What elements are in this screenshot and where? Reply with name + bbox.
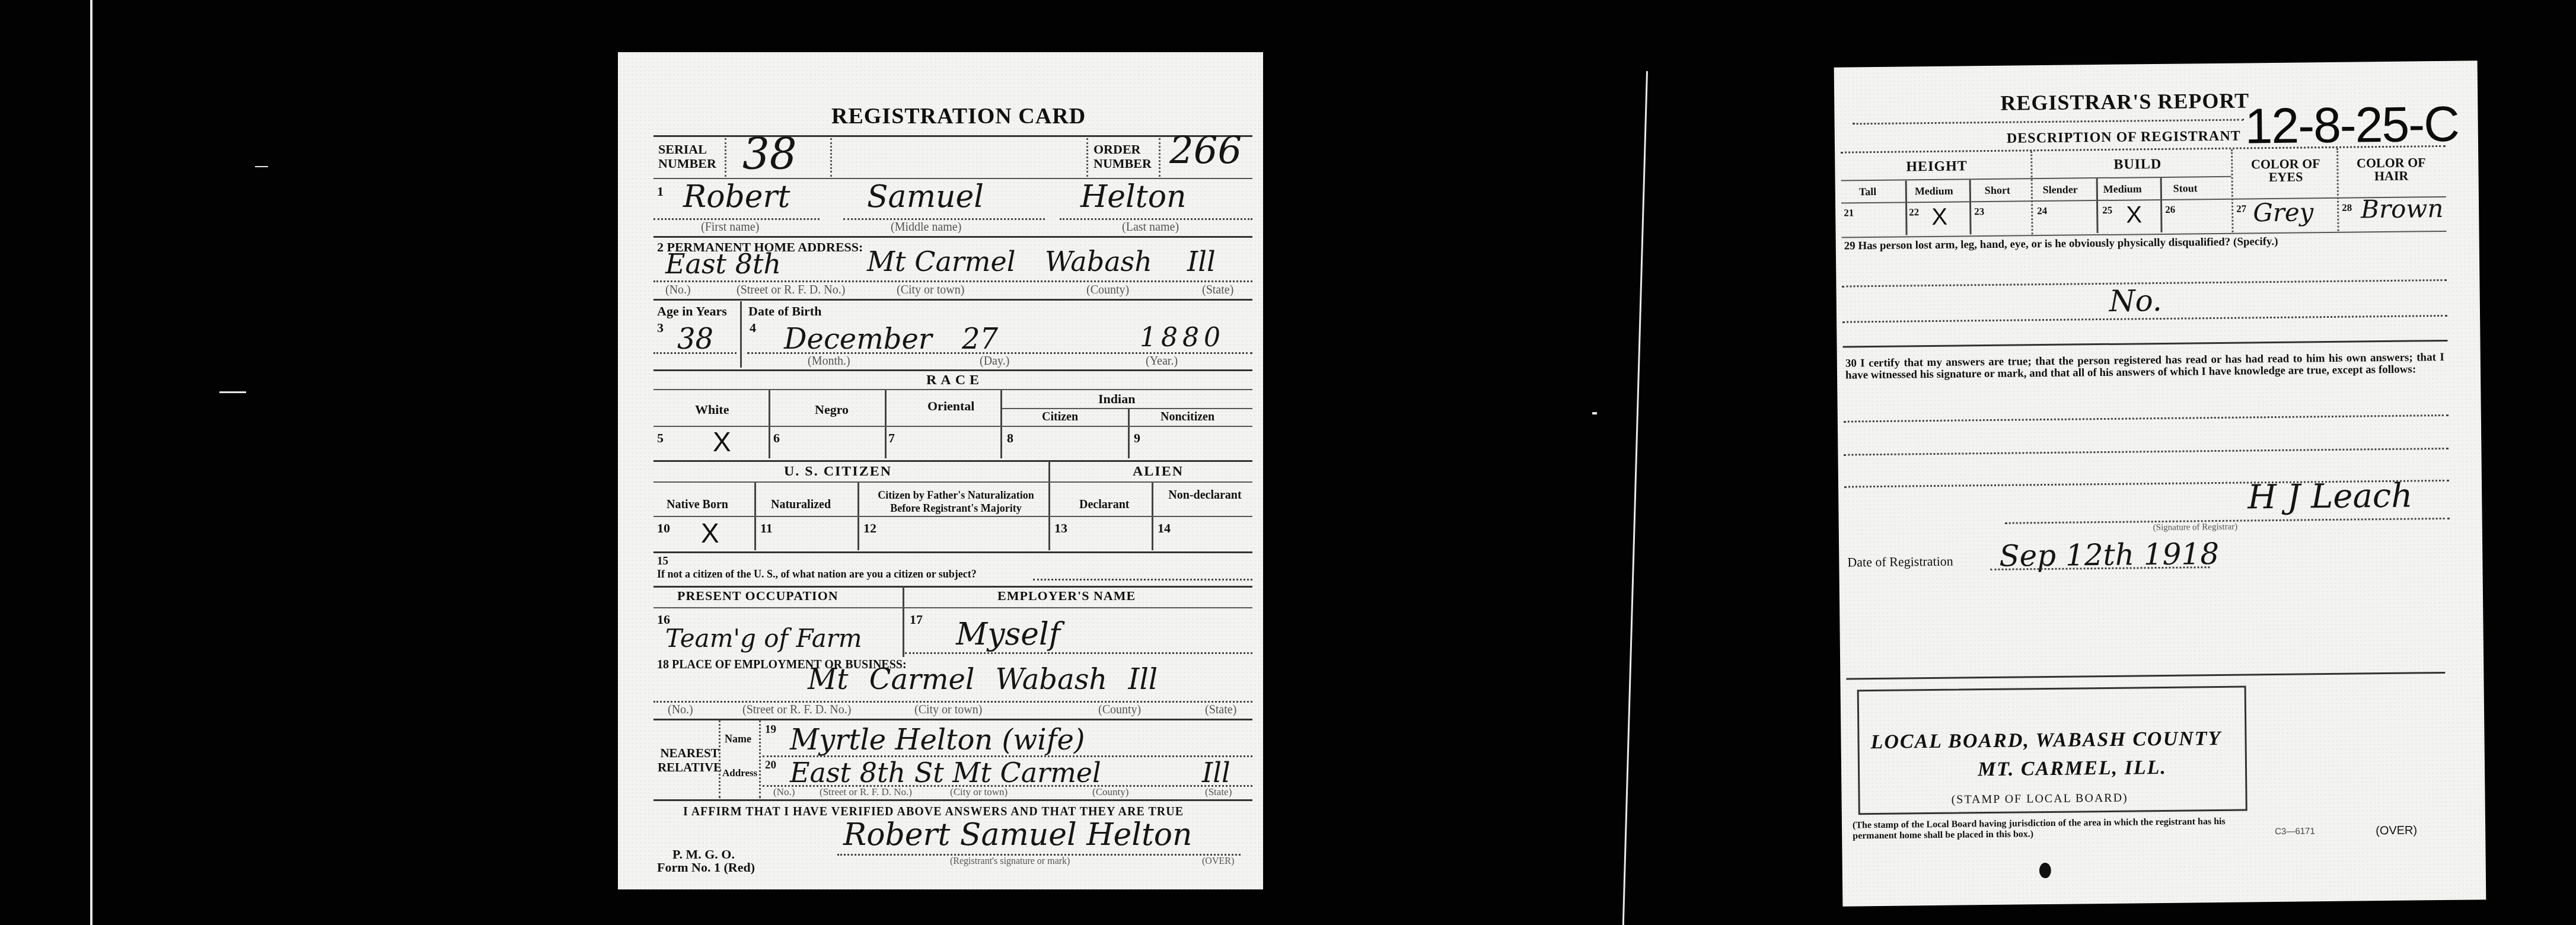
q30-certification: 30 I certify that my answers are true; t… — [1845, 352, 2444, 382]
divider — [1086, 138, 1088, 177]
film-scratch-line — [1622, 71, 1648, 925]
fill-line — [653, 701, 1252, 703]
native-born-checkmark: X — [701, 517, 719, 549]
date-of-registration-label: Date of Registration — [1847, 554, 1953, 570]
divider — [1000, 390, 1002, 458]
addr-caption-city: (City or town) — [914, 703, 982, 717]
rule — [653, 516, 1252, 517]
divider — [2030, 151, 2033, 234]
rule — [1843, 340, 2448, 348]
addr-caption-city: (City or town) — [950, 786, 1008, 798]
divider — [719, 720, 720, 798]
over-label: (OVER) — [1202, 856, 1234, 867]
non-declarant-label: Non-declarant — [1163, 489, 1246, 502]
rule — [1846, 672, 2445, 680]
fill-line — [1060, 218, 1252, 220]
race-heading: RACE — [926, 372, 983, 388]
divider — [2096, 178, 2099, 233]
eyes-heading: COLOR OF EYES — [2244, 157, 2327, 184]
fill-line — [905, 652, 1252, 654]
hair-color-value: Brown — [2361, 194, 2444, 224]
question-number: 4 — [750, 320, 756, 336]
question-number: 12 — [863, 521, 876, 536]
build-stout-label: Stout — [2173, 182, 2198, 194]
rule — [653, 460, 1252, 462]
divider — [769, 390, 770, 458]
middle-name-caption: (Middle name) — [891, 221, 961, 234]
question-number: 22 — [1909, 206, 1919, 218]
build-medium-checkmark: X — [2126, 202, 2142, 228]
race-indian-label: Indian — [1098, 391, 1135, 407]
us-citizen-heading: U. S. CITIZEN — [784, 464, 892, 480]
native-born-label: Native Born — [667, 498, 728, 512]
addr-caption-city: (City or town) — [897, 283, 964, 297]
rule — [1002, 408, 1252, 409]
fill-line — [1844, 448, 2449, 456]
rule — [653, 299, 1252, 301]
declarant-label: Declarant — [1079, 498, 1129, 512]
age-label: Age in Years — [657, 304, 727, 319]
question-number: 28 — [2342, 202, 2352, 214]
question-number: 24 — [2037, 205, 2047, 217]
stamp-line-2: MT. CARMEL, ILL. — [1978, 757, 2167, 781]
registrant-signature: Robert Samuel Helton — [843, 817, 1193, 853]
relative-name-label: Name — [725, 733, 751, 745]
addr-caption-street: (Street or R. F. D. No.) — [742, 703, 851, 717]
height-heading: HEIGHT — [1906, 158, 1968, 175]
rule — [653, 551, 1252, 553]
over-label: (OVER) — [2376, 824, 2417, 838]
middle-name-value: Samuel — [867, 179, 984, 215]
divider — [2231, 149, 2233, 232]
question-number: 8 — [1007, 430, 1013, 446]
divider — [1048, 461, 1050, 550]
order-number-label: ORDER NUMBER — [1093, 142, 1159, 171]
eye-color-value: Grey — [2253, 197, 2314, 227]
rule — [653, 236, 1252, 238]
question-number: 21 — [1844, 207, 1854, 219]
rule — [653, 719, 1252, 720]
height-medium-label: Medium — [1915, 185, 1953, 198]
dob-caption-day: (Day.) — [980, 355, 1009, 368]
punch-hole — [2039, 863, 2051, 878]
occupation-heading: PRESENT OCCUPATION — [677, 588, 839, 604]
home-county-value: Wabash — [1045, 245, 1152, 277]
relative-address-value: East 8th St Mt Carmel — [790, 757, 1101, 789]
age-value: 38 — [677, 323, 713, 356]
divider — [2160, 178, 2163, 232]
registrars-report-card: REGISTRAR'S REPORT 12-8-25-C DESCRIPTION… — [1834, 60, 2486, 906]
addr-caption-no: (No.) — [668, 703, 693, 717]
home-street-value: East 8th — [665, 248, 781, 280]
race-negro-label: Negro — [815, 402, 849, 417]
divider — [1905, 180, 1908, 235]
registrar-signature-caption: (Signature of Registrar) — [2153, 522, 2238, 533]
divider — [885, 390, 887, 458]
question-number: 20 — [765, 759, 776, 772]
question-number: 27 — [2236, 203, 2246, 215]
question-number: 1 — [657, 184, 664, 199]
fathers-naturalization-label: Citizen by Father's Naturalization Befor… — [873, 489, 1039, 515]
rule — [653, 799, 1252, 801]
relative-address-label: Address — [722, 767, 757, 779]
last-name-value: Helton — [1080, 179, 1186, 215]
dob-caption-year: (Year.) — [1146, 355, 1178, 368]
stamp-caption: (STAMP OF LOCAL BOARD) — [1951, 792, 2128, 807]
question-number: 26 — [2165, 204, 2175, 216]
fill-line — [653, 352, 737, 354]
fill-line — [837, 854, 1241, 856]
rule — [653, 586, 1252, 588]
addr-caption-county: (County) — [1086, 283, 1129, 297]
alien-heading: ALIEN — [1133, 464, 1184, 480]
divider — [903, 586, 904, 657]
divider — [1969, 180, 1972, 234]
film-speck — [219, 391, 246, 393]
signature-caption: (Registrant's signature or mark) — [950, 856, 1070, 867]
report-subtitle: DESCRIPTION OF REGISTRANT — [2007, 129, 2241, 147]
addr-caption-no: (No.) — [665, 283, 691, 297]
question-number: 5 — [657, 430, 664, 446]
film-speck — [1592, 412, 1597, 414]
registration-card: REGISTRATION CARD SERIAL NUMBER 38 ORDER… — [618, 52, 1263, 889]
addr-caption-state: (State) — [1205, 703, 1236, 717]
question-number: 14 — [1158, 521, 1171, 536]
question-number: 25 — [2102, 205, 2112, 216]
question-number: 6 — [773, 430, 780, 446]
question-number: 11 — [760, 521, 773, 536]
fill-line — [747, 352, 1252, 354]
q15-label: If not a citizen of the U. S., of what n… — [657, 568, 977, 580]
naturalized-label: Naturalized — [771, 498, 831, 512]
q29-answer: No. — [2109, 283, 2161, 318]
question-number: 15 — [657, 555, 668, 568]
form-code: C3—6171 — [2275, 826, 2315, 837]
rule — [1853, 119, 2244, 125]
build-heading: BUILD — [2113, 157, 2161, 173]
question-number: 23 — [1974, 206, 1984, 218]
question-number: 19 — [765, 723, 776, 736]
fill-line — [1844, 414, 2449, 423]
first-name-caption: (First name) — [701, 221, 759, 234]
divider — [725, 138, 726, 177]
rule — [653, 369, 1252, 371]
dob-year-value: 1880 — [1140, 323, 1225, 353]
addr-caption-street: (Street or R. F. D. No.) — [820, 786, 912, 798]
height-medium-checkmark: X — [1931, 204, 1947, 231]
question-number: 7 — [888, 430, 895, 446]
addr-caption-county: (County) — [1098, 703, 1141, 717]
build-slender-label: Slender — [2043, 183, 2078, 196]
divider — [1128, 408, 1130, 458]
report-title: REGISTRAR'S REPORT — [2000, 88, 2249, 115]
relative-name-value: Myrtle Helton (wife) — [790, 723, 1085, 757]
height-short-label: Short — [1985, 184, 2010, 197]
build-medium-label: Medium — [2103, 183, 2142, 196]
form-id-number: Form No. 1 (Red) — [657, 860, 755, 875]
employer-value: Myself — [956, 617, 1060, 652]
race-white-label: White — [695, 402, 729, 417]
nearest-relative-label: NEAREST RELATIVE — [657, 746, 722, 774]
first-name-value: Robert — [683, 179, 790, 215]
film-speck — [255, 166, 268, 167]
divider — [830, 138, 832, 177]
height-tall-label: Tall — [1859, 186, 1877, 198]
rule — [1841, 176, 2231, 181]
registrar-signature: H J Leach — [2247, 477, 2413, 517]
rule — [653, 389, 1252, 390]
question-number: 3 — [657, 320, 664, 336]
order-number-value: 266 — [1169, 129, 1242, 173]
card-title: REGISTRATION CARD — [831, 103, 1086, 129]
divider — [759, 720, 761, 798]
question-number: 9 — [1134, 430, 1140, 446]
divider — [1159, 138, 1161, 177]
question-number: 10 — [657, 521, 670, 536]
addr-caption-state: (State) — [1205, 786, 1232, 798]
race-oriental-label: Oriental — [927, 398, 974, 414]
home-state-value: Ill — [1187, 245, 1216, 277]
race-indian-noncitizen-label: Noncitizen — [1161, 410, 1214, 424]
addr-caption-street: (Street or R. F. D. No.) — [737, 283, 845, 297]
fill-line — [653, 280, 1252, 282]
relative-state-value: Ill — [1202, 757, 1230, 789]
fill-line — [653, 218, 820, 220]
rule — [653, 607, 1252, 608]
film-scratch-line — [90, 0, 93, 925]
race-indian-citizen-label: Citizen — [1042, 410, 1078, 424]
addr-caption-no: (No.) — [773, 786, 795, 798]
hair-heading: COLOR OF HAIR — [2349, 156, 2432, 183]
serial-number-label: SERIAL NUMBER — [658, 142, 723, 171]
addr-caption-county: (County) — [1092, 786, 1128, 798]
fill-line — [843, 218, 1045, 220]
race-white-checkmark: X — [713, 426, 731, 458]
divider — [2336, 148, 2339, 231]
employer-heading: EMPLOYER'S NAME — [997, 588, 1136, 604]
employment-place-value: Mt Carmel Wabash Ill — [808, 663, 1158, 696]
addr-caption-state: (State) — [1202, 283, 1233, 297]
divider — [740, 301, 742, 368]
dob-month-value: December — [784, 323, 932, 356]
serial-number-value: 38 — [742, 129, 797, 179]
rule — [653, 481, 1252, 483]
question-number: 13 — [1054, 521, 1067, 536]
rule — [653, 426, 1252, 427]
occupation-value: Team'g of Farm — [665, 624, 862, 653]
dob-label: Date of Birth — [748, 304, 821, 319]
dob-caption-month: (Month.) — [808, 355, 850, 368]
dob-day-value: 27 — [962, 323, 998, 356]
question-number: 17 — [910, 612, 923, 627]
stamp-line-1: LOCAL BOARD, WABASH COUNTY — [1870, 728, 2221, 754]
fill-line — [1033, 579, 1252, 580]
stamp-footnote: (The stamp of the Local Board having jur… — [1853, 816, 2244, 842]
last-name-caption: (Last name) — [1122, 221, 1179, 234]
home-city-value: Mt Carmel — [867, 245, 1015, 277]
